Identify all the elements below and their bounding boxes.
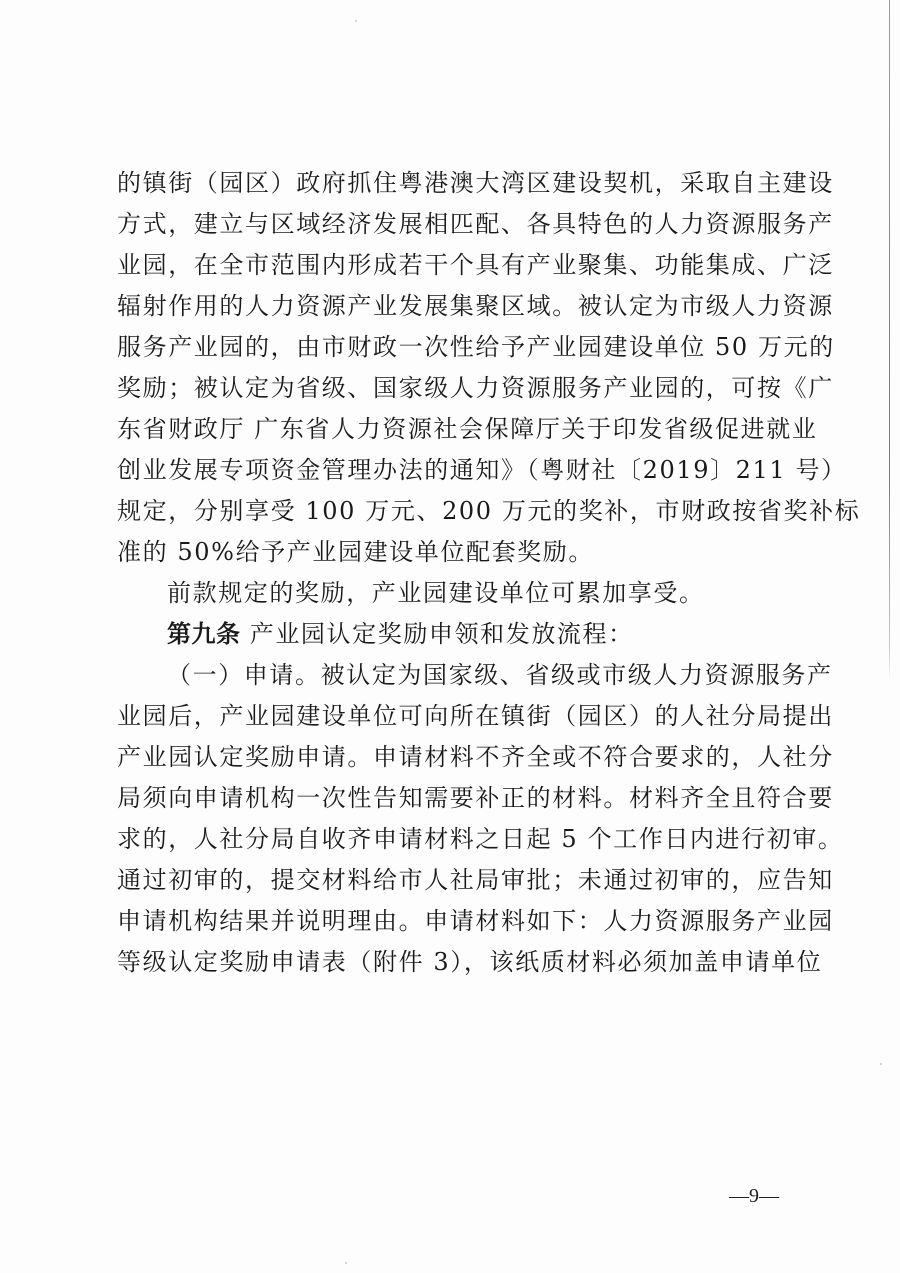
text-line: 服务产业园的，由市财政一次性给予产业园建设单位 50 万元的 xyxy=(117,327,783,368)
article-heading: 第九条 产业园认定奖励申领和发放流程： xyxy=(117,614,783,655)
text-line: 创业发展专项资金管理办法的通知》（粤财社〔2019〕211 号） xyxy=(117,450,783,491)
document-page: 的镇街（园区）政府抓住粤港澳大湾区建设契机，采取自主建设 方式，建立与区域经济发… xyxy=(0,0,900,1273)
page-edge-line xyxy=(889,0,890,680)
scan-speck xyxy=(345,1262,347,1264)
text-line: 等级认定奖励申请表（附件 3），该纸质材料必须加盖申请单位 xyxy=(117,942,783,983)
text-line: 方式，建立与区域经济发展相匹配、各具特色的人力资源服务产 xyxy=(117,204,783,245)
page-number: —9— xyxy=(729,1185,779,1208)
text-line: 规定，分别享受 100 万元、200 万元的奖补，市财政按省奖补标 xyxy=(117,491,783,532)
text-line: 通过初审的，提交材料给市人社局审批；未通过初审的，应告知 xyxy=(117,860,783,901)
text-line: 求的，人社分局自收齐申请材料之日起 5 个工作日内进行初审。 xyxy=(117,819,783,860)
text-line: 的镇街（园区）政府抓住粤港澳大湾区建设契机，采取自主建设 xyxy=(117,163,783,204)
text-line: 业园，在全市范围内形成若干个具有产业聚集、功能集成、广泛 xyxy=(117,245,783,286)
text-line: 局须向申请机构一次性告知需要补正的材料。材料齐全且符合要 xyxy=(117,778,783,819)
text-line: 奖励；被认定为省级、国家级人力资源服务产业园的，可按《广 xyxy=(117,368,783,409)
document-body: 的镇街（园区）政府抓住粤港澳大湾区建设契机，采取自主建设 方式，建立与区域经济发… xyxy=(117,163,787,983)
text-line: 准的 50%给予产业园建设单位配套奖励。 xyxy=(117,532,783,573)
article-title: 产业园认定奖励申领和发放流程： xyxy=(241,620,634,648)
scan-speck xyxy=(355,20,357,22)
text-line: 前款规定的奖励，产业园建设单位可累加享受。 xyxy=(117,573,783,614)
article-label: 第九条 xyxy=(167,620,241,648)
scan-speck xyxy=(880,1063,882,1065)
text-line: 业园后，产业园建设单位可向所在镇街（园区）的人社分局提出 xyxy=(117,696,783,737)
text-line: 产业园认定奖励申请。申请材料不齐全或不符合要求的，人社分 xyxy=(117,737,783,778)
text-line: 辐射作用的人力资源产业发展集聚区域。被认定为市级人力资源 xyxy=(117,286,783,327)
text-line: 申请机构结果并说明理由。申请材料如下：人力资源服务产业园 xyxy=(117,901,783,942)
text-line: 东省财政厅 广东省人力资源社会保障厅关于印发省级促进就业 xyxy=(117,409,783,450)
text-line: （一）申请。被认定为国家级、省级或市级人力资源服务产 xyxy=(117,655,783,696)
